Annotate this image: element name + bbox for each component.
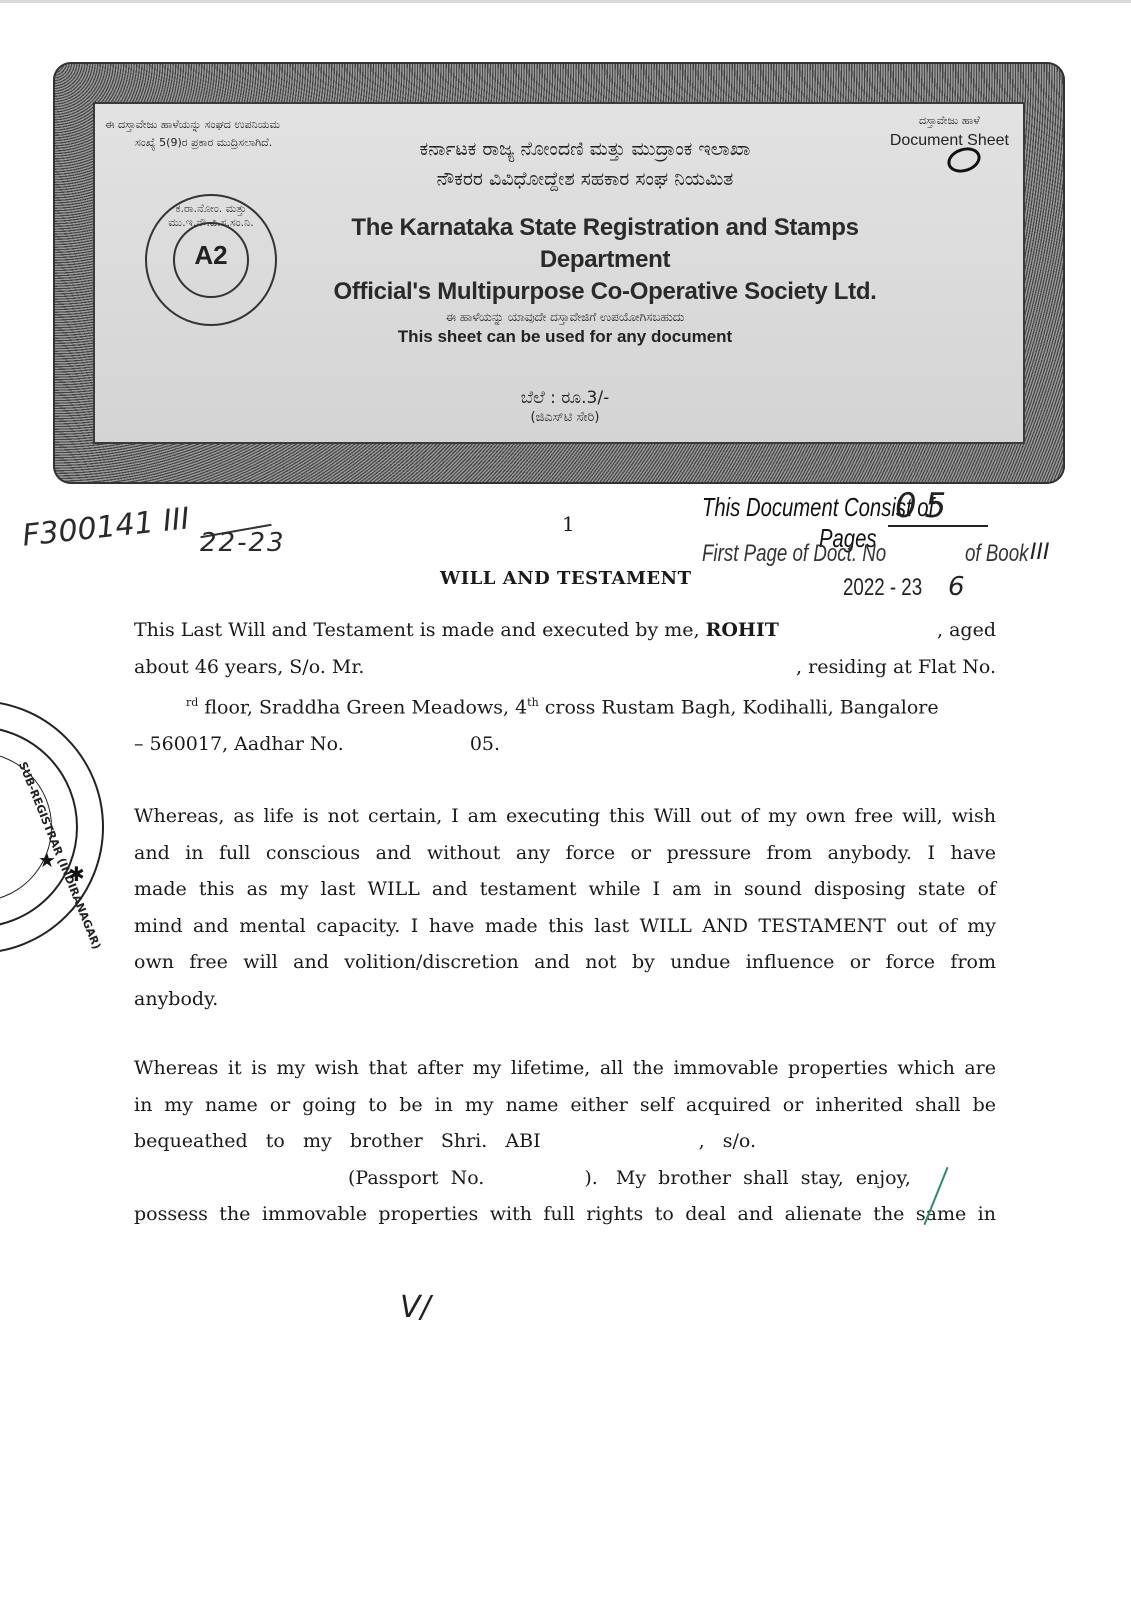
- paragraph-bequest: Whereas it is my wish that after my life…: [134, 1050, 996, 1233]
- usage-note: ಈ ಹಾಳೆಯನ್ನು ಯಾವುದೇ ದಸ್ತಾವೇಜಿಗೆ ಉಪಯೋಗಿಸಬಹ…: [345, 310, 785, 347]
- kannada-title: ಕರ್ನಾಟಕ ರಾಜ್ಯ ನೋಂದಣಿ ಮತ್ತು ಮುದ್ರಾಂಕ ಇಲಾಖ…: [345, 134, 825, 194]
- bylaw-note: ಈ ದಸ್ತಾವೇಜು ಹಾಳೆಯನ್ನು ಸಂಘದ ಉಪನಿಯಮ ಸಂಖ್ಯೆ…: [105, 116, 280, 152]
- handwritten-registration-year: 22-23: [200, 528, 286, 558]
- first-page-label: First Page of Doct. No: [702, 540, 886, 568]
- handwritten-registration-number: F300141 III: [21, 501, 192, 553]
- text-line: and in full conscious and without any fo…: [134, 835, 996, 872]
- text-line: – 560017, Aadhar No.05.: [134, 726, 996, 763]
- document-sheet-kn: ದಸ್ತಾವೇಜು ಹಾಳೆ: [890, 114, 1009, 128]
- text-line: Whereas it is my wish that after my life…: [134, 1050, 996, 1087]
- star-icon: ✱: [68, 862, 85, 886]
- price-value: ಬೆಲೆ : ರೂ.3/-: [425, 388, 705, 408]
- text-fragment: floor, Sraddha Green Meadows, 4: [198, 696, 527, 718]
- usage-note-en: This sheet can be used for any document: [345, 327, 785, 347]
- kannada-title-line: ಕರ್ನಾಟಕ ರಾಜ್ಯ ನೋಂದಣಿ ಮತ್ತು ಮುದ್ರಾಂಕ ಇಲಾಖ…: [345, 134, 825, 164]
- document-sheet-label: ದಸ್ತಾವೇಜು ಹಾಳೆ Document Sheet: [890, 114, 1009, 150]
- english-title-line: Official's Multipurpose Co-Operative Soc…: [285, 276, 925, 308]
- document-sheet-en: Document Sheet: [890, 132, 1009, 150]
- of-book-label: of Book: [965, 540, 1028, 568]
- text-line: anybody.: [134, 981, 996, 1018]
- text-line: in my name or going to be in my name eit…: [134, 1087, 996, 1124]
- price-note: (ಜಿಎಸ್‌ಟಿ ಸೇರಿ): [425, 410, 705, 425]
- society-seal-icon: ಕ.ರಾ.ನೋಂ. ಮತ್ತು ಮು.ಇ.ನೌ.ವಿ.ಸ.ಸಂ.ನಿ. A2: [145, 194, 277, 326]
- superscript: rd: [186, 696, 198, 709]
- text-fragment: cross Rustam Bagh, Kodihalli, Bangalore: [539, 696, 939, 718]
- stamp-sheet-panel: ಈ ದಸ್ತಾವೇಜು ಹಾಳೆಯನ್ನು ಸಂಘದ ಉಪನಿಯಮ ಸಂಖ್ಯೆ…: [93, 102, 1025, 444]
- stamp-sheet-border: ಈ ದಸ್ತಾವೇಜು ಹಾಳೆಯನ್ನು ಸಂಘದ ಉಪನಿಯಮ ಸಂಖ್ಯೆ…: [53, 62, 1065, 484]
- english-title-line: The Karnataka State Registration and Sta…: [285, 212, 925, 276]
- text-fragment: bequeathed to my brother Shri. ABI: [134, 1130, 541, 1152]
- paragraph-testator-details: This Last Will and Testament is made and…: [134, 612, 996, 762]
- superscript: th: [527, 696, 539, 709]
- registration-year: 2022 - 23: [843, 574, 922, 602]
- english-title: The Karnataka State Registration and Sta…: [285, 212, 925, 308]
- page-edge: [0, 0, 1131, 3]
- pages-count-value: 05: [895, 486, 954, 526]
- text-line: This Last Will and Testament is made and…: [134, 612, 996, 649]
- pages-underline: [888, 525, 988, 527]
- text-line: rd floor, Sraddha Green Meadows, 4th cro…: [134, 685, 996, 726]
- price: ಬೆಲೆ : ರೂ.3/- (ಜಿಎಸ್‌ಟಿ ಸೇರಿ): [425, 388, 705, 425]
- bylaw-note-line: ಸಂಖ್ಯೆ 5(9)ರ ಪ್ರಕಾರ ಮುದ್ರಿಸಲಾಗಿದೆ.: [105, 134, 280, 152]
- testator-name: ROHIT: [706, 619, 779, 641]
- text-fragment: , s/o.: [699, 1130, 756, 1152]
- usage-note-kn: ಈ ಹಾಳೆಯನ್ನು ಯಾವುದೇ ದಸ್ತಾವೇಜಿಗೆ ಉಪಯೋಗಿಸಬಹ…: [345, 310, 785, 325]
- seal-code: A2: [147, 240, 275, 271]
- text-fragment: This Last Will and Testament is made and…: [134, 619, 706, 641]
- text-fragment: – 560017, Aadhar No.: [134, 733, 344, 755]
- bylaw-note-line: ಈ ದಸ್ತಾವೇಜು ಹಾಳೆಯನ್ನು ಸಂಘದ ಉಪನಿಯಮ: [105, 116, 280, 134]
- text-line: bequeathed to my brother Shri. ABI, s/o.: [134, 1123, 996, 1160]
- text-fragment: , aged: [937, 612, 996, 649]
- text-fragment: ). My brother shall stay, enjoy,: [584, 1167, 910, 1189]
- star-icon: ★: [38, 848, 56, 872]
- text-line: made this as my last WILL and testament …: [134, 871, 996, 908]
- text-line: own free will and volition/discretion an…: [134, 944, 996, 981]
- text-line: Whereas, as life is not certain, I am ex…: [134, 798, 996, 835]
- handwritten-initials: V/: [400, 1290, 431, 1325]
- text-line: mind and mental capacity. I have made th…: [134, 908, 996, 945]
- book-number: III: [1030, 540, 1049, 565]
- document-title: WILL AND TESTAMENT: [440, 568, 692, 589]
- text-fragment: , residing at Flat No.: [796, 649, 996, 686]
- text-line: about 46 years, S/o. Mr. , residing at F…: [134, 649, 996, 686]
- paragraph-declaration: Whereas, as life is not certain, I am ex…: [134, 798, 996, 1017]
- volume-mark: 6: [948, 572, 965, 602]
- text-line: possess the immovable properties with fu…: [134, 1196, 996, 1233]
- text-line: (Passport No.). My brother shall stay, e…: [134, 1160, 996, 1197]
- seal-ring-text: ಕ.ರಾ.ನೋಂ. ಮತ್ತು ಮು.ಇ.ನೌ.ವಿ.ಸ.ಸಂ.ನಿ.: [147, 202, 275, 230]
- text-fragment: (Passport No.: [348, 1167, 484, 1189]
- text-fragment: about 46 years, S/o. Mr.: [134, 649, 364, 686]
- text-fragment: 05.: [470, 733, 500, 755]
- kannada-title-line: ನೌಕರರ ವಿವಿಧೋದ್ದೇಶ ಸಹಕಾರ ಸಂಘ ನಿಯಮಿತ: [345, 164, 825, 194]
- page-number: 1: [562, 512, 575, 536]
